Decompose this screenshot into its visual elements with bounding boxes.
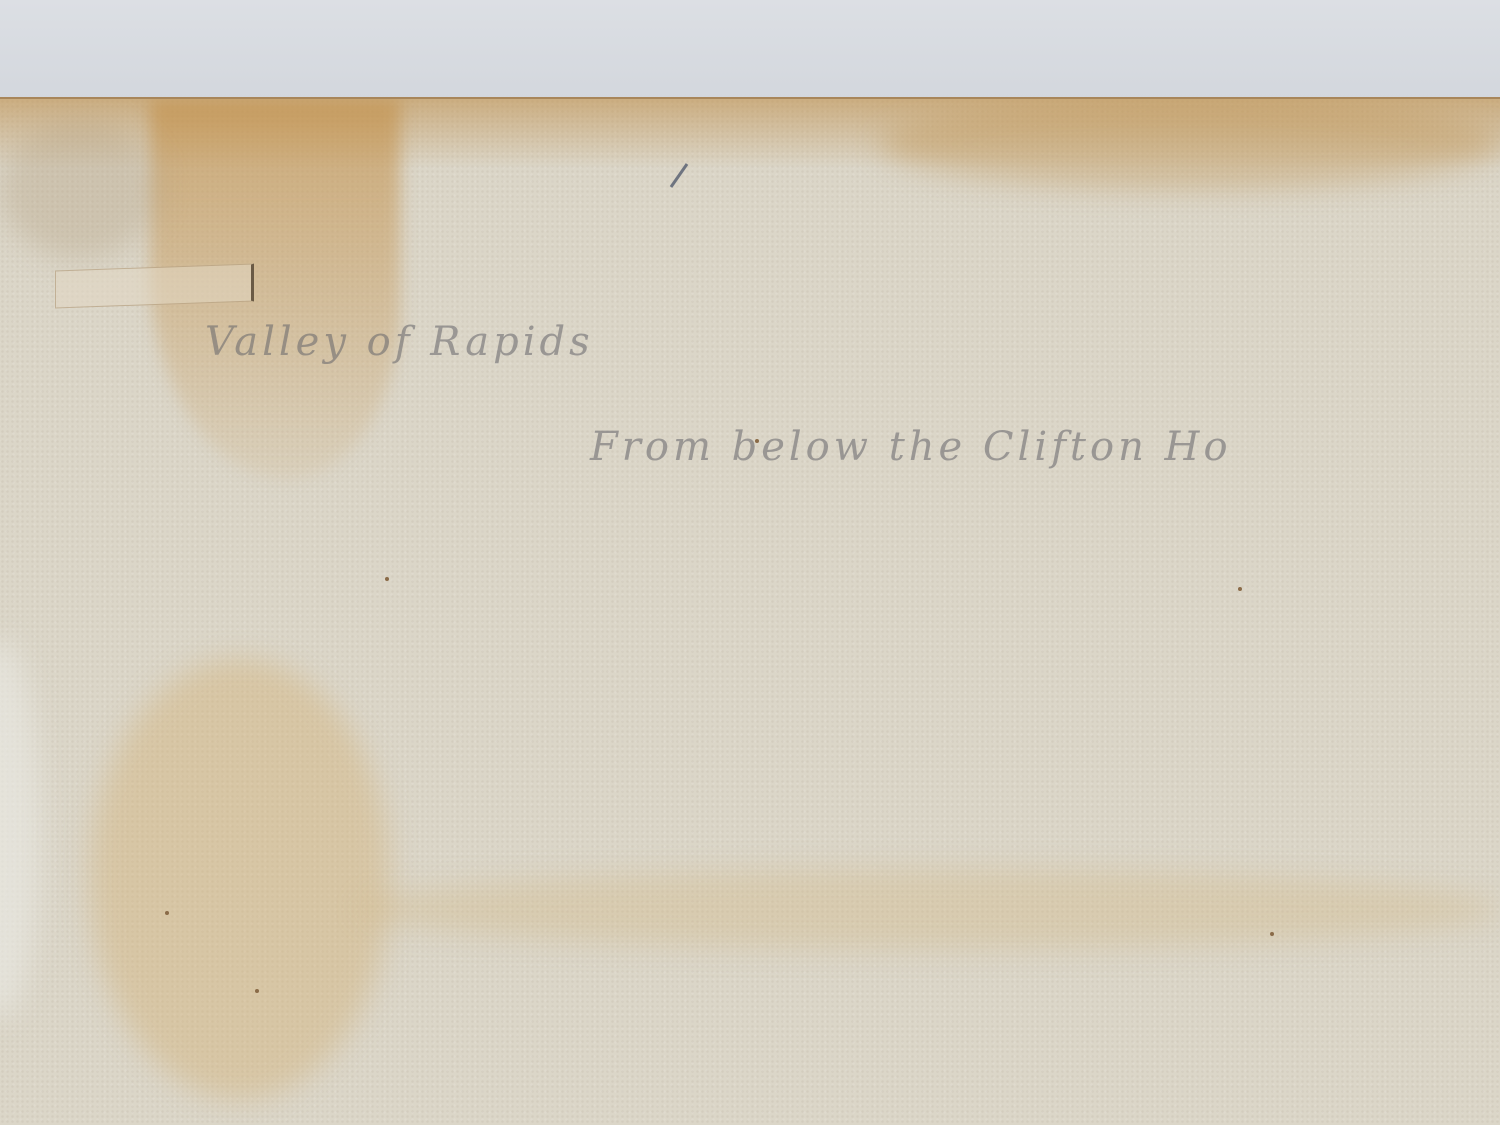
- paper-sheet: Valley of Rapids From below the Clifton …: [0, 97, 1500, 1125]
- upper-left-stain: [0, 119, 160, 259]
- background-surface: [0, 0, 1500, 100]
- top-mid-stain: [880, 99, 1500, 189]
- bottom-left-water-ring: [90, 659, 390, 1099]
- foxing-speck: [255, 989, 259, 993]
- inscription-line-1: Valley of Rapids: [205, 319, 594, 365]
- foxing-speck: [165, 911, 169, 915]
- tape-fragment: [55, 264, 254, 309]
- foxing-speck: [385, 577, 389, 581]
- foxing-speck: [755, 439, 759, 443]
- foxing-speck: [1238, 587, 1242, 591]
- inscription-line-2: From below the Clifton Ho: [590, 424, 1232, 470]
- foxing-speck: [1270, 932, 1274, 936]
- bottom-band-stain: [360, 869, 1500, 949]
